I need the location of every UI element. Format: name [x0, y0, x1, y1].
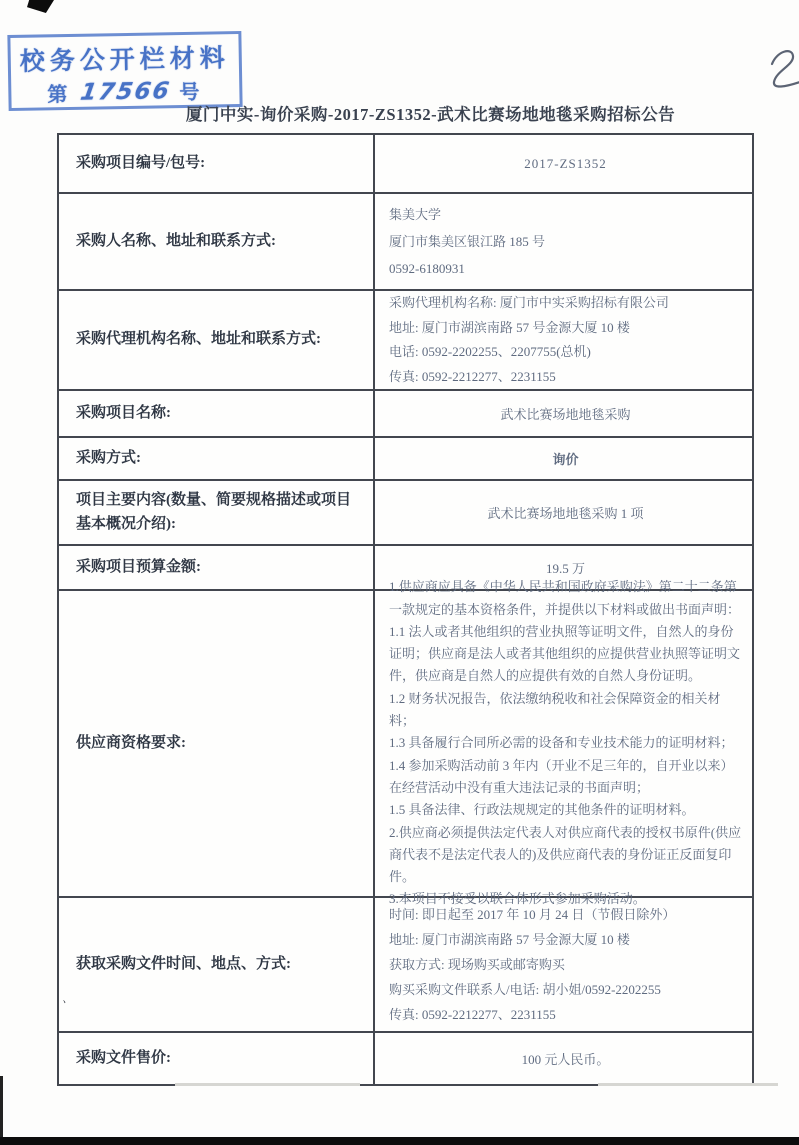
row-label: 采购人名称、地址和联系方式:: [59, 194, 375, 289]
row-value: 集美大学厦门市集美区银江路 185 号0592-6180931: [375, 194, 752, 289]
scanned-document-page: 校务公开栏材料 第 17566 号 厦门中实-询价采购-2017-ZS1352-…: [0, 0, 799, 1145]
value-line: 电话: 0592-2202255、2207755(总机): [389, 340, 742, 365]
value-line: 传真: 0592-2212277、2231155: [389, 365, 742, 390]
table-row-qualifications: 供应商资格要求: 1.供应商应具备《中华人民共和国政府采购法》第二十二条第一款规…: [59, 591, 752, 898]
scan-artifact-bottom-edge: [0, 1137, 799, 1145]
value-line: 1.1 法人或者其他组织的营业执照等证明文件，自然人的身份证明；供应商是法人或者…: [389, 621, 742, 688]
row-label: 采购项目编号/包号:: [59, 135, 375, 192]
value-line: 地址: 厦门市湖滨南路 57 号金源大厦 10 楼: [389, 316, 742, 341]
row-value: 武术比赛场地地毯采购 1 项: [375, 481, 752, 544]
scan-artifact-top-left: [27, 0, 54, 13]
row-value: 询价: [375, 438, 752, 479]
row-label: 项目主要内容(数量、简要规格描述或项目基本概况介绍):: [59, 481, 375, 544]
row-value: 时间: 即日起至 2017 年 10 月 24 日（节假日除外）地址: 厦门市湖…: [375, 898, 752, 1031]
value-line: 2.供应商必须提供法定代表人对供应商代表的授权书原件(供应商代表不是法定代表人的…: [389, 822, 742, 889]
value-line: 1.5 具备法律、行政法规规定的其他条件的证明材料。: [389, 799, 742, 821]
table-row-method: 采购方式: 询价: [59, 438, 752, 481]
handwritten-mark: [744, 34, 799, 96]
archive-stamp: 校务公开栏材料 第 17566 号: [7, 31, 242, 111]
value-line: 获取方式: 现场购买或邮寄购买: [389, 952, 742, 977]
table-row-project-number: 采购项目编号/包号: 2017-ZS1352: [59, 135, 752, 194]
announcement-table: 采购项目编号/包号: 2017-ZS1352 采购人名称、地址和联系方式: 集美…: [57, 133, 754, 1086]
row-label: 获取采购文件时间、地点、方式:: [59, 898, 375, 1031]
scan-smudge: [598, 1083, 778, 1086]
table-row-agency: 采购代理机构名称、地址和联系方式: 采购代理机构名称: 厦门市中实采购招标有限公…: [59, 291, 752, 391]
value-line: 购买采购文件联系人/电话: 胡小姐/0592-2202255: [389, 977, 742, 1002]
table-row-main-content: 项目主要内容(数量、简要规格描述或项目基本概况介绍): 武术比赛场地地毯采购 1…: [59, 481, 752, 546]
row-value: 100 元人民币。: [375, 1033, 752, 1084]
table-row-project-name: 采购项目名称: 武术比赛场地地毯采购: [59, 391, 752, 438]
table-row-purchaser: 采购人名称、地址和联系方式: 集美大学厦门市集美区银江路 185 号0592-6…: [59, 194, 752, 291]
row-label: 采购项目预算金额:: [59, 546, 375, 589]
value-line: 传真: 0592-2212277、2231155: [389, 1002, 742, 1027]
row-value: 2017-ZS1352: [375, 135, 752, 192]
value-line: 时间: 即日起至 2017 年 10 月 24 日（节假日除外）: [389, 902, 742, 927]
value-line: 集美大学: [389, 201, 742, 228]
value-line: 1.3 具备履行合同所必需的设备和专业技术能力的证明材料；: [389, 732, 742, 754]
page-title: 厦门中实-询价采购-2017-ZS1352-武术比赛场地地毯采购招标公告: [82, 101, 779, 125]
table-row-document-obtain: 获取采购文件时间、地点、方式: 时间: 即日起至 2017 年 10 月 24 …: [59, 898, 752, 1033]
value-line: 1.4 参加采购活动前 3 年内（开业不足三年的，自开业以来）在经营活动中没有重…: [389, 755, 742, 800]
scan-artifact-left-edge: [0, 1076, 3, 1145]
stamp-number-prefix: 第: [47, 84, 71, 106]
table-row-document-price: 采购文件售价: 100 元人民币。: [59, 1033, 752, 1084]
value-line: 采购代理机构名称: 厦门市中实采购招标有限公司: [389, 291, 742, 316]
value-line: 厦门市集美区银江路 185 号: [389, 228, 742, 255]
row-label: 采购项目名称:: [59, 391, 375, 436]
row-value: 武术比赛场地地毯采购: [375, 391, 752, 436]
row-label: 采购文件售价:: [59, 1033, 375, 1084]
row-label: 采购方式:: [59, 438, 375, 479]
row-value: 采购代理机构名称: 厦门市中实采购招标有限公司地址: 厦门市湖滨南路 57 号金…: [375, 291, 752, 389]
value-line: 0592-6180931: [389, 255, 742, 282]
value-line: 1.供应商应具备《中华人民共和国政府采购法》第二十二条第一款规定的基本资格条件，…: [389, 576, 742, 621]
stamp-title: 校务公开栏材料: [10, 38, 239, 78]
row-label: 供应商资格要求:: [59, 591, 375, 896]
scan-smudge: [175, 1083, 360, 1086]
value-line: 地址: 厦门市湖滨南路 57 号金源大厦 10 楼: [389, 927, 742, 952]
row-label: 采购代理机构名称、地址和联系方式:: [59, 291, 375, 389]
value-line: 1.2 财务状况报告，依法缴纳税收和社会保障资金的相关材料；: [389, 688, 742, 733]
row-value: 1.供应商应具备《中华人民共和国政府采购法》第二十二条第一款规定的基本资格条件，…: [375, 591, 752, 896]
